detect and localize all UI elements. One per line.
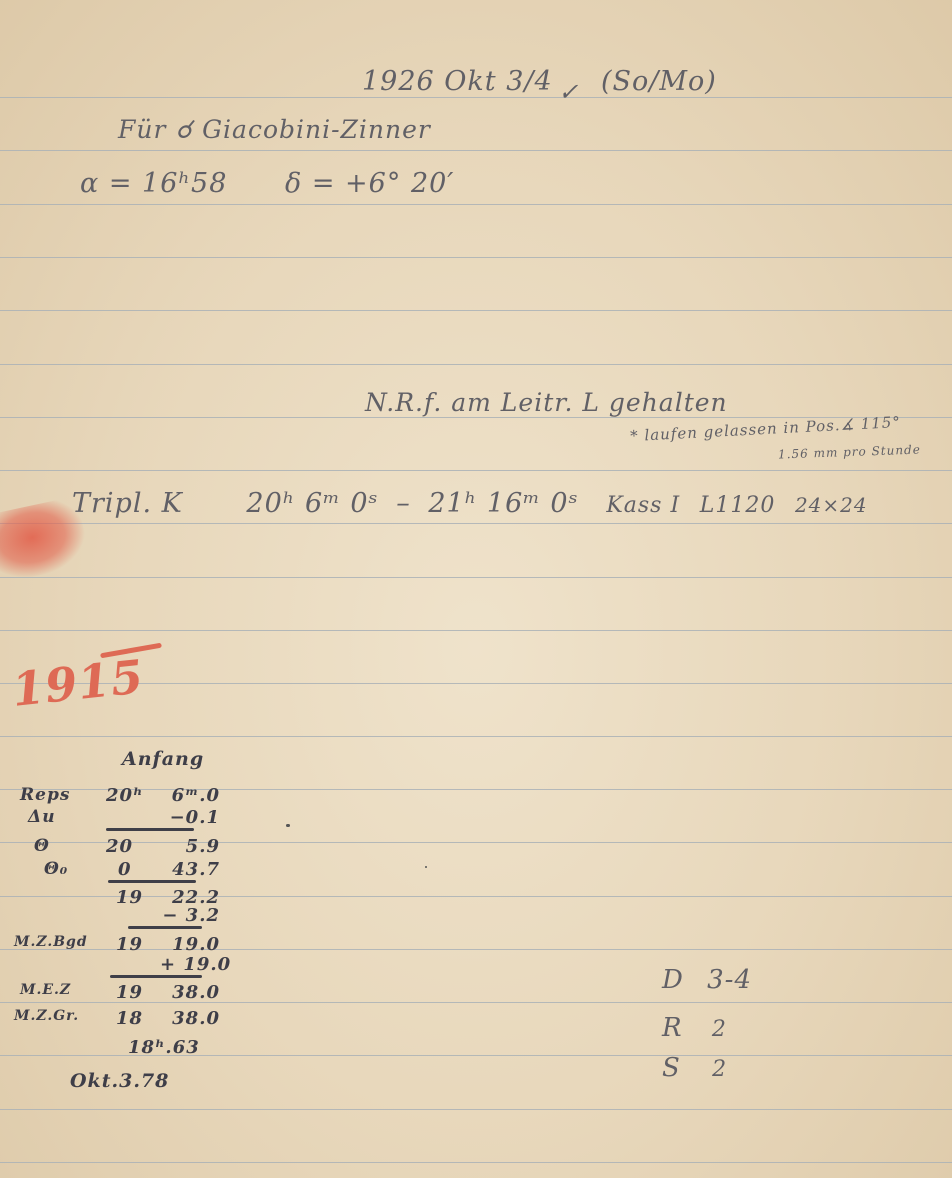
calc-column-header: Anfang [122,748,204,770]
plate-id: L1120 [700,493,776,518]
right-ascension: α = 16ʰ58 [80,168,227,199]
calc-hours: 18 [116,1008,156,1029]
calc-hours: 19 [116,887,156,908]
sum-line [110,975,202,978]
exposure-dash: – [396,488,411,519]
exposure-start: 20ʰ 6ᵐ 0ˢ [246,488,378,519]
rule-line [0,204,952,205]
rating-value: 3-4 [707,965,752,995]
rule-line [0,257,952,258]
rating-label: R [662,1013,683,1043]
exposure-end: 21ʰ 16ᵐ 0ˢ [428,488,578,519]
rating-row: R 2 [662,1013,727,1043]
calc-label: Δu [28,807,108,827]
calc-hours: 20 [106,836,146,857]
guiding-note: N.R.f. am Leitr. L gehalten [365,388,728,417]
rule-line [0,1109,952,1110]
rating-label: S [662,1053,681,1083]
header-weekdays: (So/Mo) [601,66,717,97]
plate-size: 24×24 [795,493,868,517]
rating-row: D 3-4 [662,965,752,995]
pencil-dot [425,866,427,868]
rule-line [0,150,952,151]
rule-line [0,364,952,365]
calc-minutes: + 19.0 [160,954,220,975]
calc-label: Θ₀ [44,859,124,879]
instrument: Tripl. K [72,488,183,519]
exposure-line: Tripl. K 20ʰ 6ᵐ 0ˢ – 21ʰ 16ᵐ 0ˢ Kass I L… [72,488,868,519]
calc-hours: 19 [116,934,156,955]
calc-minutes: 38.0 [160,982,220,1003]
check-mark-icon: ✓ [558,78,579,106]
rule-line [0,470,952,471]
sum-line [128,926,202,929]
calc-minutes: − 3.2 [160,905,220,926]
header-date: 1926 Okt 3/4 [362,66,553,97]
sum-line [108,880,196,883]
calc-minutes: 5.9 [160,836,220,857]
pencil-dot [286,824,290,827]
rule-line [0,1162,952,1163]
rule-line [0,310,952,311]
rule-line [0,523,952,524]
sum-line [106,828,194,831]
calc-minutes: −0.1 [160,807,220,828]
calc-label: M.Z.Gr. [14,1008,94,1024]
calc-hours: 20ʰ [106,785,146,806]
calc-minutes: 19.0 [160,934,220,955]
decimal-hours: 18ʰ.63 [128,1037,200,1058]
notebook-page: 1926 Okt 3/4 ✓ (So/Mo) Für ☌ Giacobini-Z… [0,0,952,1178]
calc-label: Θ [34,836,114,856]
calc-label: M.E.Z [20,982,100,998]
calc-hours: 0 [118,859,158,880]
rating-label: D [662,965,684,995]
rating-row: S 2 [662,1053,727,1083]
calc-minutes: 38.0 [160,1008,220,1029]
rating-value: 2 [712,1057,727,1082]
calc-label: M.Z.Bgd [14,934,94,950]
cassette: Kass I [606,493,680,518]
rule-line [0,577,952,578]
header-date-line: 1926 Okt 3/4 ✓ (So/Mo) [362,66,717,97]
calc-minutes: 6ᵐ.0 [160,785,220,806]
calc-minutes: 43.7 [160,859,220,880]
rule-line [0,630,952,631]
rule-line [0,97,952,98]
rule-line [0,736,952,737]
date-decimal: Okt.3.78 [70,1070,169,1092]
target-title: Für ☌ Giacobini-Zinner [118,115,431,144]
calc-label: Reps [20,785,100,805]
calc-hours: 19 [116,982,156,1003]
target-coordinates: α = 16ʰ58 δ = +6° 20′ [80,168,454,199]
declination: δ = +6° 20′ [285,168,454,199]
rating-value: 2 [712,1017,727,1042]
